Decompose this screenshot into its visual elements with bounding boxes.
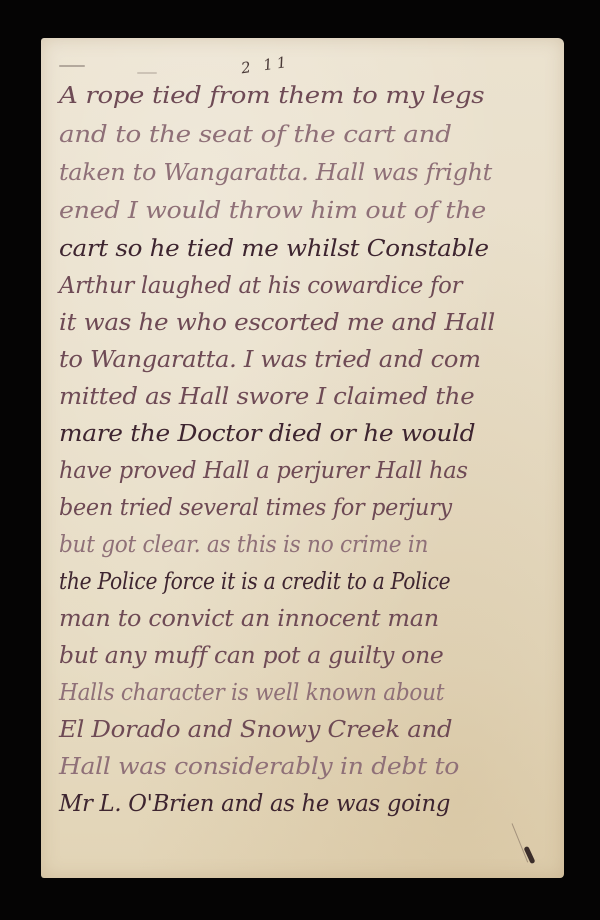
text-line: it was he who escorted me and Hall xyxy=(59,310,495,336)
text-line: cart so he tied me whilst Constable xyxy=(59,236,489,262)
text-line: the Police force it is a credit to a Pol… xyxy=(59,569,450,595)
text-line: Mr L. O'Brien and as he was going xyxy=(59,791,450,817)
text-line: ened I would throw him out of the xyxy=(59,198,486,224)
manuscript-page: 2 11 A rope tied from them to my legs an… xyxy=(41,38,564,878)
ink-stroke xyxy=(512,819,538,862)
text-line: been tried several times for perjury xyxy=(59,495,452,521)
text-line: A rope tied from them to my legs xyxy=(59,83,484,109)
text-line: El Dorado and Snowy Creek and xyxy=(59,717,452,743)
text-line: have proved Hall a perjurer Hall has xyxy=(59,458,468,484)
page-number: 2 11 xyxy=(240,53,291,78)
scan-background: 2 11 A rope tied from them to my legs an… xyxy=(0,0,600,920)
text-line: mitted as Hall swore I claimed the xyxy=(59,384,474,410)
text-line: Arthur laughed at his cowardice for xyxy=(59,273,462,299)
text-line: taken to Wangaratta. Hall was fright xyxy=(59,160,492,186)
text-line: mare the Doctor died or he would xyxy=(59,421,475,447)
text-line: and to the seat of the cart and xyxy=(59,122,452,148)
pencil-mark xyxy=(59,65,85,67)
text-line: Hall was considerably in debt to xyxy=(59,754,459,780)
text-line: but got clear. as this is no crime in xyxy=(59,532,428,558)
text-line: but any muff can pot a guilty one xyxy=(59,643,443,669)
text-line: to Wangaratta. I was tried and com xyxy=(59,347,481,373)
text-line: man to convict an innocent man xyxy=(59,606,439,632)
text-line: Halls character is well known about xyxy=(59,680,444,706)
pencil-mark xyxy=(137,72,157,74)
